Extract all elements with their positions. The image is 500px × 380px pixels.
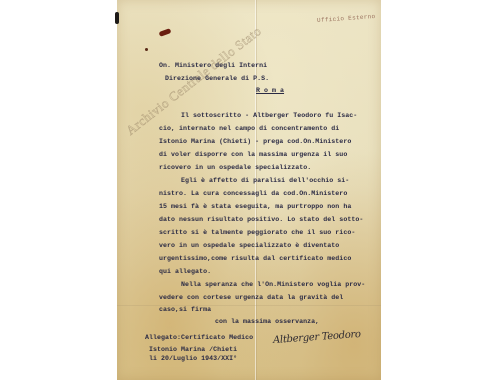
addressee-city: R o m a [256, 88, 284, 95]
attachment-note: Allegato:Certificato Medico [145, 335, 253, 342]
date-line: li 20/Luglio 1943/XXI° [149, 356, 237, 363]
body-line: vedere con cortese urgenza data la gravi… [159, 295, 343, 302]
body-line: nistro. La cura concessagli da cod.On.Mi… [159, 191, 347, 198]
binding-mark [115, 12, 119, 24]
rust-stain-small [145, 48, 148, 51]
body-line: di voler disporre con la massima urgenza… [159, 152, 347, 159]
handwritten-signature: Altberger Teodoro [273, 329, 361, 346]
fold-line-horizontal [117, 305, 381, 306]
body-line: Il sottoscritto - Altberger Teodoro fu I… [181, 113, 357, 120]
office-stamp: Ufficio Esterno [317, 13, 376, 24]
body-line: qui allegato. [159, 269, 211, 276]
addressee-line-2: Direzione Generale di P.S. [165, 76, 269, 83]
body-line: 15 mesi fà è stata eseguita, ma purtropp… [159, 204, 351, 211]
body-line: urgentissimo,come risulta dal certificat… [159, 256, 351, 263]
rust-stain [159, 28, 172, 37]
body-line: Nella speranza che l'On.Ministero voglia… [181, 282, 365, 289]
body-line: Egli è affetto di paralisi dell'occhio s… [181, 178, 349, 185]
body-line: caso,si firma [159, 307, 211, 314]
closing-line: con la massima osservanza, [215, 319, 319, 326]
body-line: cio, internato nel campo di concentramen… [159, 126, 339, 133]
body-line: ricovero in un ospedale specializzato. [159, 165, 311, 172]
document-page: Archivio Centrale dello Stato Ufficio Es… [117, 0, 381, 380]
body-line: dato nessun risultato positivo. Lo stato… [159, 217, 363, 224]
place-line: Istonio Marina /Chieti [149, 347, 237, 354]
body-line: Istonio Marina (Chieti) - prega cod.On.M… [159, 139, 351, 146]
addressee-line-1: On. Ministero degli Interni [159, 63, 267, 70]
body-line: vero in un ospedale specializzato è dive… [159, 243, 339, 250]
body-line: scritto si è talmente peggiorato che il … [159, 230, 355, 237]
